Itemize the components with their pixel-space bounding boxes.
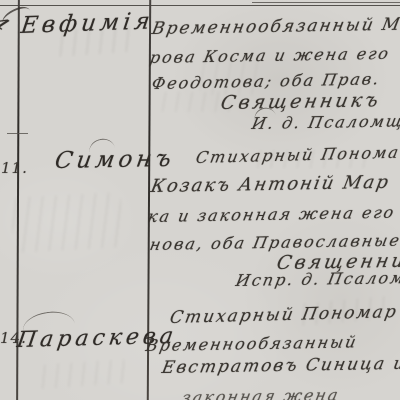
record-text-line: Евстратовъ Синица и bbox=[160, 356, 400, 377]
bleed-through-mark bbox=[200, 55, 260, 95]
record-number: 11. bbox=[1, 161, 28, 176]
bleed-through-mark bbox=[11, 192, 124, 253]
record-text-line: Временнообязанный bbox=[144, 334, 359, 354]
record-text-line: Козакъ Антоній Мар bbox=[149, 174, 391, 196]
baptism-name: Симонъ bbox=[53, 148, 176, 173]
record-text-line: Временнообязанный Ма bbox=[150, 16, 400, 38]
record-text-line: законная жена bbox=[180, 387, 341, 400]
record-text-line: рова Косма и жена его bbox=[148, 46, 391, 66]
record-text-line: И. д. Псаломщика bbox=[250, 113, 400, 132]
metrical-book-scan: 4 Евфимія Временнообязанный Ма рова Косм… bbox=[0, 0, 400, 400]
bleed-through-mark bbox=[160, 92, 230, 112]
bleed-through-mark bbox=[57, 25, 139, 57]
record-text-line: ка и законная жена его bbox=[146, 205, 396, 225]
bleed-through-mark bbox=[255, 150, 375, 168]
record-text-line: Испр. д. Псаломщ. bbox=[234, 270, 400, 289]
